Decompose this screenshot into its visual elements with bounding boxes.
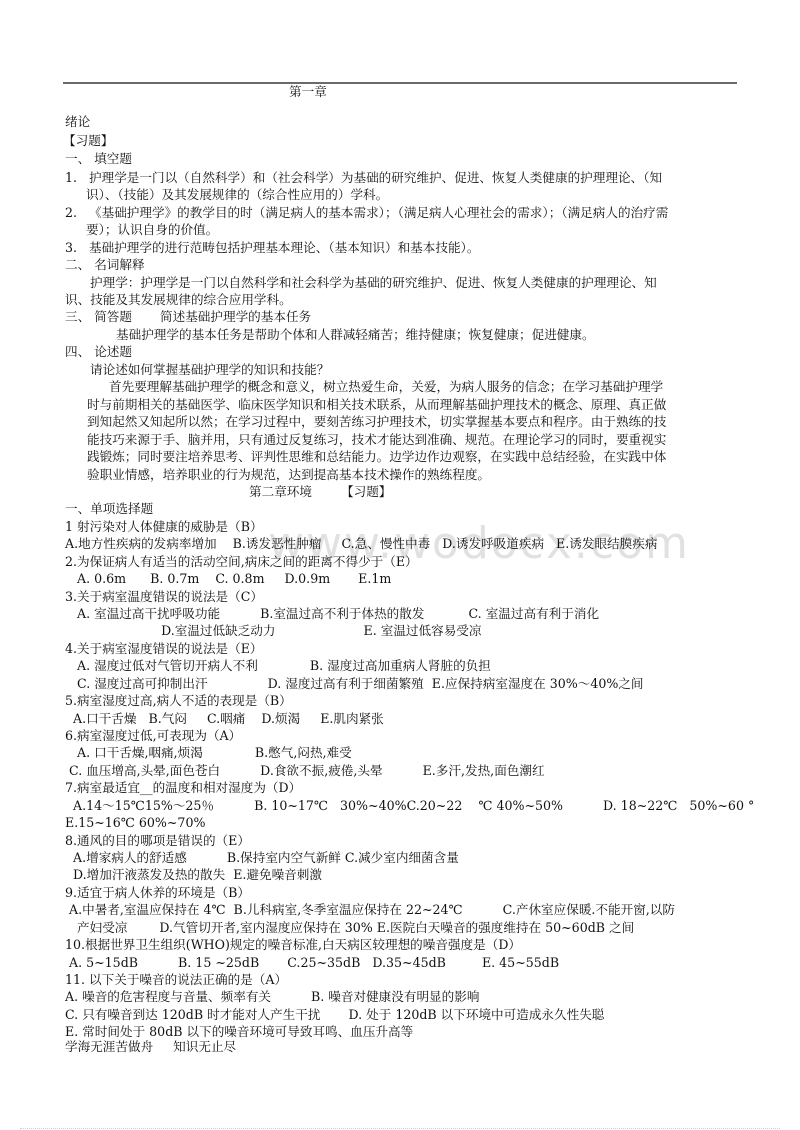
question-line: 5.病室湿度过高,病人不适的表现是（B） [65, 693, 292, 709]
question-line: E. 常时间处于 80dB 以下的噪音环境可导致耳鸣、血压升高等 [65, 1024, 413, 1040]
essay-line: 验职业情感，培养职业的行为规范，达到提高基本技术操作的熟练程度。 [87, 467, 490, 483]
question-line: A.中暑者,室温应保持在 4℃ B.儿科病室,冬季室温应保持在 22~24℃ C… [65, 902, 675, 918]
essay-line: 践锻炼；同时要注培养思考、评判性思维和总结能力。边学边作边观察，在实践中总结经验… [87, 449, 666, 465]
question-line: 7.病室最适宜__的温度和相对湿度为（D） [65, 780, 301, 796]
chapter1-title: 第一章 [289, 84, 327, 100]
question-line: A.14～15℃15%～25％ B. 10~17℃ 30%~40%C.20~22… [65, 798, 754, 814]
question-2-line-1: 2. 《基础护理学》的教学目的时（满足病人的基本需求）；（满足病人心理社会的需求… [65, 205, 668, 221]
question-1-line-1: 1. 护理学是一门以（自然科学）和（社会科学）为基础的研究维护、促进、恢复人类健… [65, 170, 662, 186]
section-fill-blank-title: 一、 填空题 [65, 151, 132, 167]
question-line: A. 噪音的危害程度与音量、频率有关 B. 噪音对健康没有明显的影响 [65, 989, 479, 1005]
question-line: 9.适宜于病人休养的环境是（B） [65, 885, 250, 901]
chapter2-exercises-tag: 【习题】 [341, 484, 391, 500]
question-line: D.室温过低缺乏动力 E. 室温过低容易受凉 [65, 623, 482, 639]
essay-line: 能技巧来源于手、脑并用，只有通过反复练习，技术才能达到准确、规范。在理论学习的同… [87, 432, 666, 448]
question-line: A.口干舌燥 B.气闷 C.咽痛 D.烦渴 E.肌肉紧张 [65, 711, 384, 727]
header-rule [63, 82, 737, 84]
section-short-answer-title: 三、 简答题 [65, 309, 132, 325]
essay-line: 到知起然又知起所以然；在学习过程中，要刻苦练习护理技术，切实掌握基本要点和程序。… [87, 414, 666, 430]
question-line: 8.通风的目的哪项是错误的（E） [65, 833, 250, 849]
question-line: 4.关于病室湿度错误的说法是（E） [65, 641, 263, 657]
question-2-line-2: 要）；认识自身的价值。 [86, 222, 218, 238]
question-line: A.增家病人的舒适感 B.保持室内空气新鲜 C.减少室内细菌含量 [65, 850, 459, 866]
question-line: 产妇受凉 D.气管切开者,室内湿度应保持在 30% E.医院白天噪音的强度维持在… [65, 920, 634, 936]
question-line: D.增加汗液蒸发及热的散失 E.避免噪音刺激 [65, 867, 322, 883]
question-line: 1 射污染对人体健康的威胁是（B） [65, 519, 263, 535]
short-answer-answer: 基础护理学的基本任务是帮助个体和人群减轻痛苦；维持健康；恢复健康；促进健康。 [116, 327, 595, 343]
question-line: C. 只有噪音到达 120dB 时才能对人产生干扰 D. 处于 120dB 以下… [65, 1007, 604, 1023]
chapter2-title: 第二章环境 [249, 484, 312, 500]
short-answer-question: 简述基础护理学的基本任务 [160, 309, 311, 325]
question-line: 6.病室湿度过低,可表现为（A） [65, 728, 241, 744]
definition-line-1: 护理学：护理学是一门以自然科学和社会科学为基础的研究维护、促进、恢复人类健康的护… [90, 275, 657, 291]
question-line: 11. 以下关于噪音的说法正确的是（A） [65, 972, 287, 988]
question-line: A. 5~15dB B. 15 ~25dB C.25~35dB D.35~45d… [65, 955, 559, 971]
question-line: 10.根据世界卫生组织(WHO)规定的噪音标准,白天病区较理想的噪音强度是（D） [65, 937, 521, 953]
section-essay-title: 四、 论述题 [65, 344, 132, 360]
document-page: www.wodocx.com 第一章 绪论 【习题】 一、 填空题 1. 护理学… [0, 0, 800, 1130]
footer-motto: 学海无涯苦做舟 知识无止尽 [65, 1039, 236, 1055]
question-line: 3.关于病室温度错误的说法是（C） [65, 589, 263, 605]
question-line: C. 湿度过高可抑制出汗 D. 湿度过高有利于细菌繁殖 E.应保持病室湿度在 3… [65, 676, 644, 692]
question-line: A. 口干舌燥,咽痛,烦渴 B.憋气,闷热,难受 [65, 745, 352, 761]
page-bottom-rule [20, 1128, 780, 1129]
question-3: 3. 基础护理学的进行范畴包括护理基本理论、（基本知识）和基本技能）。 [65, 240, 479, 256]
essay-question: 请论述如何掌握基础护理学的知识和技能？ [90, 362, 329, 378]
essay-line: 首先要理解基础护理学的概念和意义，树立热爱生命，关爱，为病人服务的信念；在学习基… [109, 379, 663, 395]
question-line: A. 室温过高干扰呼吸功能 B.室温过高不利于体热的散发 C. 室温过高有利于消… [65, 606, 599, 622]
section-definition-title: 二、 名词解释 [65, 257, 145, 273]
question-line: E.15~16℃ 60%~70% [65, 815, 205, 831]
section-single-choice-title: 一、单项选择题 [65, 501, 153, 517]
question-line: C. 血压增高,头晕,面色苍白 D.食欲不振,疲倦,头晕 E.多汗,发热,面色潮… [65, 763, 545, 779]
question-line: A. 0.6m B. 0.7m C. 0.8m D.0.9m E.1m [65, 571, 391, 587]
definition-line-2: 识、技能及其发展规律的综合应用学科。 [65, 292, 292, 308]
chapter1-subtitle: 绪论 [65, 114, 90, 130]
question-line: A. 湿度过低对气管切开病人不利 B. 湿度过高加重病人肾脏的负担 [65, 658, 491, 674]
essay-line: 时与前期相关的基础医学、临床医学知识和相关技术联系，从而理解基础护理技术的概念、… [87, 397, 666, 413]
question-line: A.地方性疾病的发病率增加 B.诱发恶性肿瘤 C.急、慢性中毒 D.诱发呼吸道疾… [65, 536, 657, 552]
exercises-tag: 【习题】 [63, 133, 113, 149]
question-line: 2.为保证病人有适当的活动空间,病床之间的距离不得少于（E） [65, 554, 418, 570]
question-1-line-2: 识）、（技能）及其发展规律的（综合性应用的）学科。 [86, 187, 388, 203]
